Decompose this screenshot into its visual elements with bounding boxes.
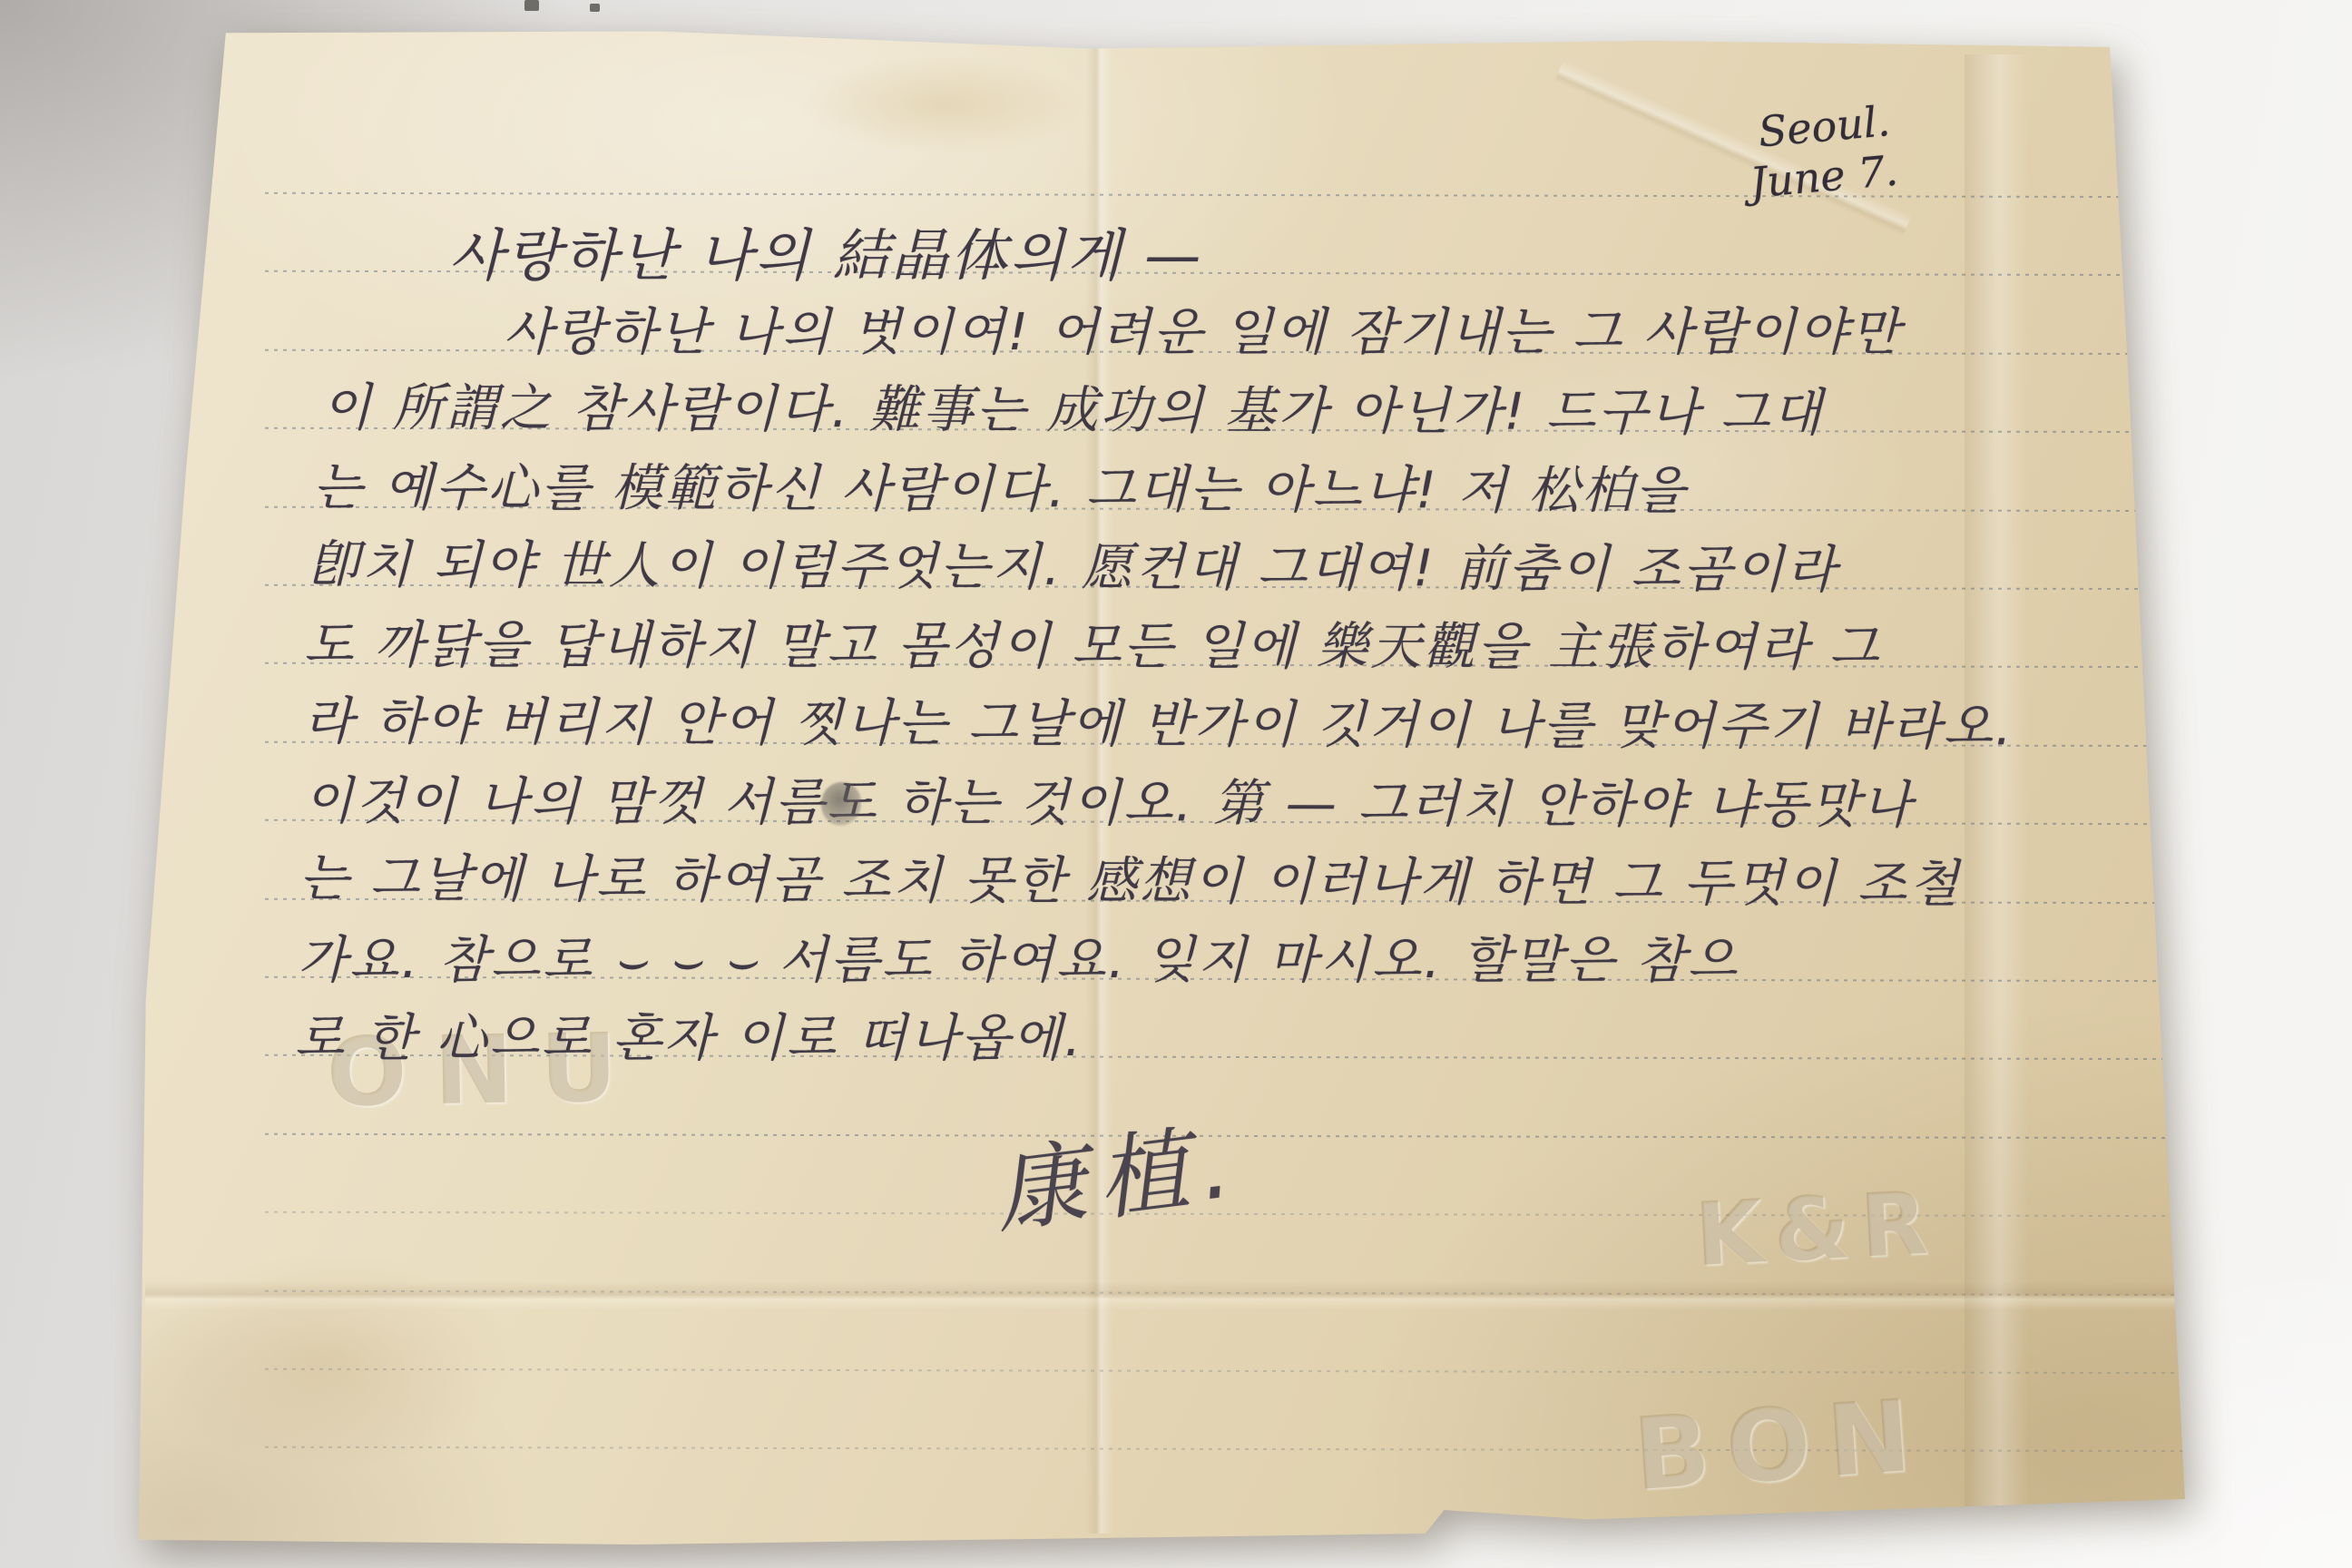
ruled-line — [265, 192, 2252, 199]
horizontal-fold-crease — [145, 1281, 2178, 1310]
signature: 康植. — [986, 1091, 1249, 1250]
handwriting-line: 가요. 참으로 ⌣ ⌣ ⌣ 서름도 하여요. 잊지 마시오. 할말은 참으 — [298, 920, 1739, 993]
paper-stain — [136, 1252, 517, 1470]
dateline: Seoul. June 7. — [1756, 96, 1899, 208]
handwriting-line: 라 하야 버리지 안어 찟나는 그날에 반가이 깃거이 나를 맞어주기 바라오. — [304, 681, 2014, 760]
letter-paper: ONU K&R BON Seoul. June 7. 사랑하난 나의 結晶体의게… — [0, 0, 2352, 1568]
letter-photo: ONU K&R BON Seoul. June 7. 사랑하난 나의 結晶体의게… — [0, 0, 2352, 1568]
handwriting-line: 卽치 되야 世人이 이럼주엇는지. 愿컨대 그대여! 前춤이 조곰이라 — [309, 524, 1838, 603]
right-edge-fold — [1965, 54, 2028, 1506]
handwriting-line: 는 예수心를 模範하신 사람이다. 그대는 아느냐! 저 松柏을 — [313, 447, 1688, 524]
paper-stain — [799, 54, 1089, 154]
handwriting-line: 이것이 나의 맘껏 서름도 하는 것이오. 第 — 그러치 안하야 냐동맛나 — [304, 761, 1914, 838]
handwriting-line: 사랑하난 나의 結晶体의게 — — [449, 211, 1203, 291]
handwriting-line: 이 所謂之 참사람이다. 難事는 成功의 基가 아닌가! 드구나 그대 — [322, 367, 1825, 446]
ruled-line — [265, 1211, 2252, 1218]
ruled-line — [265, 1368, 2252, 1375]
paper-watermark: BON — [1630, 1377, 1931, 1513]
paper-watermark: K&R — [1692, 1171, 1941, 1286]
paper-shadow: ONU K&R BON Seoul. June 7. 사랑하난 나의 結晶体의게… — [0, 0, 2352, 1568]
ruled-line — [265, 1446, 2252, 1453]
handwriting-line: 는 그날에 나로 하여곰 조치 못한 感想이 이러나게 하면 그 두멋이 조철 — [299, 838, 1962, 916]
handwriting-line: 사랑하난 나의 벗이여! 어려운 일에 잠기내는 그 사람이야만 — [504, 292, 1902, 365]
handwriting-line: 도 까닭을 답내하지 말고 몸성이 모든 일에 樂天觀을 主張하여라 그 — [304, 604, 1881, 680]
ruled-line — [265, 1289, 2252, 1296]
ruled-line — [265, 1133, 2252, 1140]
handwriting-line: 로 한 心으로 혼자 이로 떠나옵에. — [295, 998, 1083, 1071]
